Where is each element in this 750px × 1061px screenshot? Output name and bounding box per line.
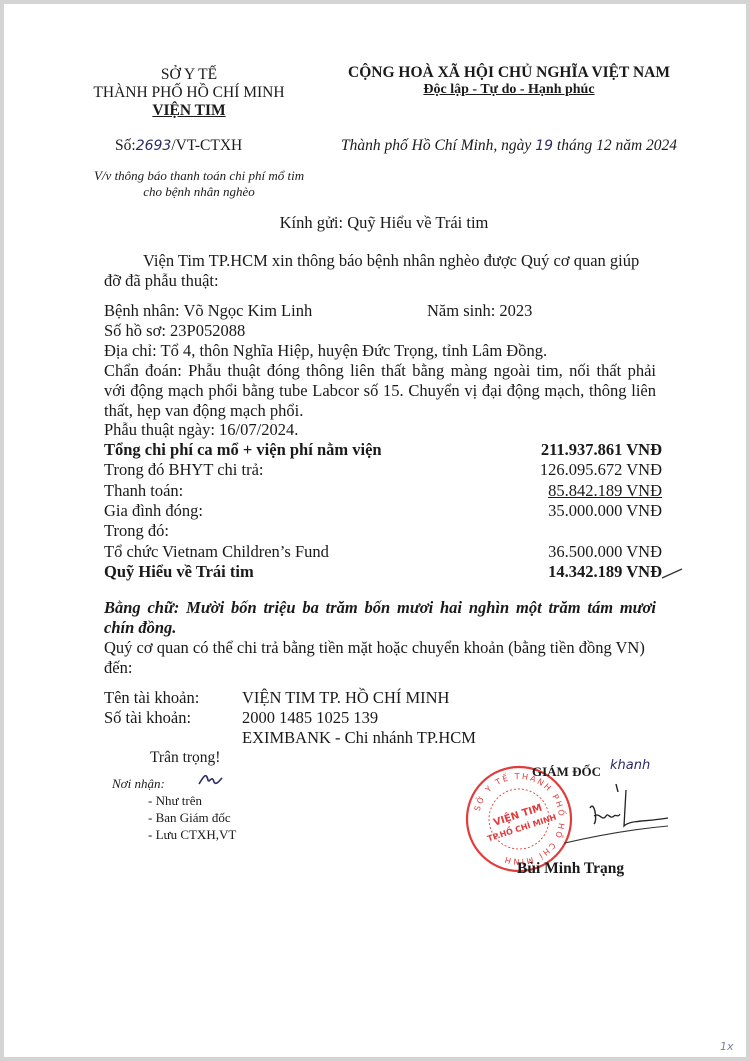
cost-label: Tổng chi phí ca mổ + viện phí nằm viện — [104, 440, 382, 460]
recipient-line: Kính gửi: Quỹ Hiểu về Trái tim — [104, 213, 664, 233]
account-number-label: Số tài khoản: — [104, 708, 191, 728]
check-mark-icon — [660, 566, 684, 580]
cost-amount: 36.500.000 VNĐ — [484, 542, 662, 562]
cost-label: Quỹ Hiểu về Trái tim — [104, 562, 254, 582]
page-mark: 1x — [720, 1040, 734, 1053]
subject-line-2: cho bệnh nhân nghèo — [94, 184, 304, 200]
doc-number-handwritten: 2693 — [136, 138, 172, 154]
org-city: THÀNH PHỐ HỒ CHÍ MINH — [89, 84, 289, 102]
initials-signature-icon — [196, 770, 224, 790]
account-name-label: Tên tài khoản: — [104, 688, 199, 708]
cost-label: Gia đình đóng: — [104, 501, 203, 521]
cost-label: Trong đó BHYT chi trả: — [104, 460, 264, 480]
account-number: 2000 1485 1025 139 — [242, 708, 378, 728]
payment-line-2: đến: — [104, 658, 132, 678]
amount-in-words-line-1: Bằng chữ: Mười bốn triệu ba trăm bốn mươ… — [104, 598, 656, 618]
cost-label: Thanh toán: — [104, 481, 183, 501]
org-name: VIỆN TIM — [89, 102, 289, 120]
recipient-item: - Như trên — [148, 793, 202, 809]
official-stamp-icon: SỞ Y TẾ THÀNH PHỐ HỒ CHÍ MINH VIỆN TIM T… — [464, 764, 574, 874]
patient-record-number: Số hồ sơ: 23P052088 — [104, 321, 245, 341]
cost-amount: 126.095.672 VNĐ — [484, 460, 662, 480]
cost-amount: 211.937.861 VNĐ — [484, 440, 662, 460]
director-name: Bùi Minh Trạng — [517, 860, 624, 878]
date-line: Thành phố Hồ Chí Minh, ngày 19 tháng 12 … — [341, 137, 677, 155]
patient-address: Địa chỉ: Tổ 4, thôn Nghĩa Hiệp, huyện Đứ… — [104, 341, 547, 361]
surgery-date: Phẫu thuật ngày: 16/07/2024. — [104, 420, 298, 440]
recipient-item: - Ban Giám đốc — [148, 810, 231, 826]
org-parent: SỞ Y TẾ — [89, 66, 289, 84]
patient-birth-year: Năm sinh: 2023 — [427, 301, 532, 321]
director-signature-icon — [564, 778, 674, 858]
cost-amount: 85.842.189 VNĐ — [484, 481, 662, 501]
account-name: VIỆN TIM TP. HỒ CHÍ MINH — [242, 688, 449, 708]
recipients-title: Nơi nhận: — [112, 776, 165, 792]
amount-in-words-line-2: chín đồng. — [104, 618, 176, 638]
cost-amount: 14.342.189 VNĐ — [484, 562, 662, 582]
diagnosis-line-1: Chẩn đoán: Phẫu thuật đóng thông liên th… — [104, 361, 656, 381]
handwritten-note: khanh — [610, 758, 650, 773]
cost-amount: 35.000.000 VNĐ — [484, 501, 662, 521]
intro-line-2: đỡ đã phẫu thuật: — [104, 271, 219, 291]
document-page: SỞ Y TẾ THÀNH PHỐ HỒ CHÍ MINH VIỆN TIM S… — [4, 4, 746, 1057]
patient-name: Bệnh nhân: Võ Ngọc Kim Linh — [104, 301, 312, 321]
payment-line-1: Quý cơ quan có thể chi trả bằng tiền mặt… — [104, 638, 645, 658]
national-motto: Độc lập - Tự do - Hạnh phúc — [334, 82, 684, 98]
diagnosis-line-3: thất, hẹp van động mạch phổi. — [104, 401, 303, 421]
bank-name: EXIMBANK - Chi nhánh TP.HCM — [242, 728, 476, 748]
cost-label: Trong đó: — [104, 521, 169, 541]
doc-number: Số:2693/VT-CTXH — [115, 137, 242, 155]
national-title: CỘNG HOÀ XÃ HỘI CHỦ NGHĨA VIỆT NAM — [334, 64, 684, 82]
closing: Trân trọng! — [150, 749, 220, 767]
intro-line-1: Viện Tim TP.HCM xin thông báo bệnh nhân … — [143, 251, 639, 271]
cost-label: Tổ chức Vietnam Children’s Fund — [104, 542, 329, 562]
subject-line-1: V/v thông báo thanh toán chi phí mổ tim — [94, 168, 304, 184]
recipient-item: - Lưu CTXH,VT — [148, 827, 236, 843]
date-day-handwritten: 19 — [535, 138, 553, 154]
diagnosis-line-2: với động mạch phổi bằng tube Labcor số 1… — [104, 381, 656, 401]
